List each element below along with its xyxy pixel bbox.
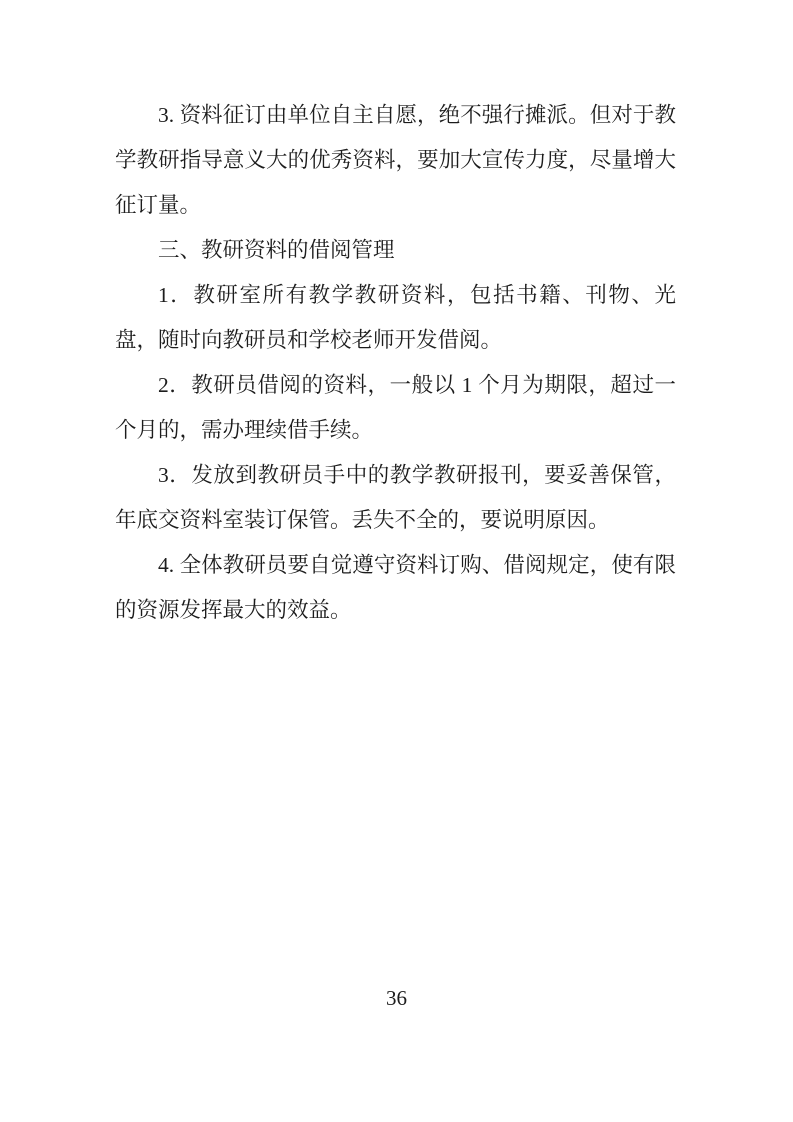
paragraph: 2．教研员借阅的资料，一般以 1 个月为期限，超过一个月的，需办理续借手续。 [115, 363, 676, 453]
paragraph: 4. 全体教研员要自觉遵守资料订购、借阅规定，使有限的资源发挥最大的效益。 [115, 543, 676, 633]
page-number: 36 [386, 986, 407, 1010]
page-footer: 36 [0, 985, 793, 1011]
section-heading: 三、教研资料的借阅管理 [115, 228, 676, 273]
document-page: 3. 资料征订由单位自主自愿，绝不强行摊派。但对于教学教研指导意义大的优秀资料，… [0, 0, 793, 1122]
paragraph: 1．教研室所有教学教研资料，包括书籍、刊物、光盘，随时向教研员和学校老师开发借阅… [115, 273, 676, 363]
paragraph: 3. 资料征订由单位自主自愿，绝不强行摊派。但对于教学教研指导意义大的优秀资料，… [115, 93, 676, 228]
paragraph: 3．发放到教研员手中的教学教研报刊，要妥善保管，年底交资料室装订保管。丢失不全的… [115, 453, 676, 543]
document-body: 3. 资料征订由单位自主自愿，绝不强行摊派。但对于教学教研指导意义大的优秀资料，… [115, 93, 676, 633]
